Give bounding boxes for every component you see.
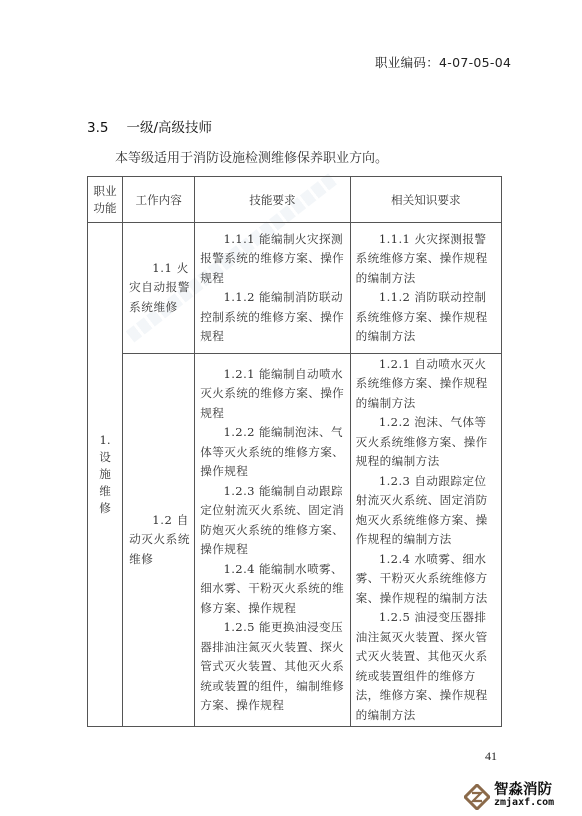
work-cell: 1.1 火灾自动报警系统维修: [123, 223, 195, 354]
skill-item: 1.2.2 能编制泡沫、气体等灭火系统的维修方案、操作规程: [200, 423, 345, 482]
section-number: 3.5: [87, 120, 108, 136]
skill-item: 1.2.4 能编制水喷雾、细水雾、干粉灭火系统的维修方案、操作规程: [200, 560, 345, 619]
page-number: 41: [485, 749, 497, 764]
skill-item: 1.2.5 能更换油浸变压器排油注氮灭火装置、探火管式灭火装置、其他灭火系统或装…: [200, 618, 345, 716]
section-title: 一级/高级技师: [126, 120, 212, 136]
skill-item: 1.2.1 能编制自动喷水灭火系统的维修方案、操作规程: [200, 365, 345, 424]
work-cell: 1.2 自动灭火系统维修: [123, 354, 195, 727]
diamond-logo-icon: [464, 784, 490, 810]
work-label: 1.1 火灾自动报警系统维修: [129, 259, 190, 318]
knowledge-item: 1.2.2 泡沫、气体等灭火系统维修方案、操作规程的编制方法: [356, 413, 497, 472]
skill-item: 1.1.2 能编制消防联动控制系统的维修方案、操作规程: [200, 288, 345, 347]
skill-item: 1.2.3 能编制自动跟踪定位射流灭火系统、固定消防炮灭火系统的维修方案、操作规…: [200, 482, 345, 560]
brand-logo: 智淼消防 zmjaxf.com: [464, 780, 576, 812]
section-heading: 3.5一级/高级技师: [87, 116, 212, 136]
header-work: 工作内容: [123, 177, 195, 223]
logo-name: 智淼消防: [494, 778, 552, 799]
skills-cell: 1.2.1 能编制自动喷水灭火系统的维修方案、操作规程 1.2.2 能编制泡沫、…: [195, 354, 350, 727]
function-label: 1. 设施维修: [98, 432, 112, 517]
knowledge-item: 1.2.1 自动喷水灭火系统维修方案、操作规程的编制方法: [356, 355, 497, 414]
logo-url: zmjaxf.com: [494, 797, 554, 808]
header-knowledge: 相关知识要求: [350, 177, 501, 223]
occupation-code: 职业编码：4-07-05-04: [375, 53, 511, 71]
knowledge-item: 1.1.1 火灾探测报警系统维修方案、操作规程的编制方法: [356, 230, 497, 289]
section-intro: 本等级适用于消防设施检测维修保养职业方向。: [115, 147, 388, 166]
knowledge-item: 1.2.3 自动跟踪定位射流灭火系统、固定消防炮灭火系统维修方案、操作规程的编制…: [356, 472, 497, 550]
knowledge-cell: 1.1.1 火灾探测报警系统维修方案、操作规程的编制方法 1.1.2 消防联动控…: [350, 223, 501, 354]
knowledge-item: 1.2.4 水喷雾、细水雾、干粉灭火系统维修方案、操作规程的编制方法: [356, 550, 497, 609]
knowledge-cell: 1.2.1 自动喷水灭火系统维修方案、操作规程的编制方法 1.2.2 泡沫、气体…: [350, 354, 501, 727]
knowledge-item: 1.1.2 消防联动控制系统维修方案、操作规程的编制方法: [356, 288, 497, 347]
table-row: 1. 设施维修 1.1 火灾自动报警系统维修 1.1.1 能编制火灾探测报警系统…: [88, 223, 502, 354]
table-row: 1.2 自动灭火系统维修 1.2.1 能编制自动喷水灭火系统的维修方案、操作规程…: [88, 354, 502, 727]
skills-cell: 1.1.1 能编制火灾探测报警系统的维修方案、操作规程 1.1.2 能编制消防联…: [195, 223, 350, 354]
skill-item: 1.1.1 能编制火灾探测报警系统的维修方案、操作规程: [200, 230, 345, 289]
table-header-row: 职业功能 工作内容 技能要求 相关知识要求: [88, 177, 502, 223]
header-function: 职业功能: [88, 177, 123, 223]
work-label: 1.2 自动灭火系统维修: [129, 511, 190, 570]
header-label: 职业功能: [92, 183, 118, 217]
knowledge-item: 1.2.5 油浸变压器排油注氮灭火装置、探火管式灭火装置、其他灭火系统或装置组件…: [356, 608, 497, 725]
function-cell: 1. 设施维修: [88, 223, 123, 727]
header-skills: 技能要求: [195, 177, 350, 223]
skills-table: 职业功能 工作内容 技能要求 相关知识要求 1. 设施维修 1.1 火灾自动报警…: [87, 176, 502, 727]
